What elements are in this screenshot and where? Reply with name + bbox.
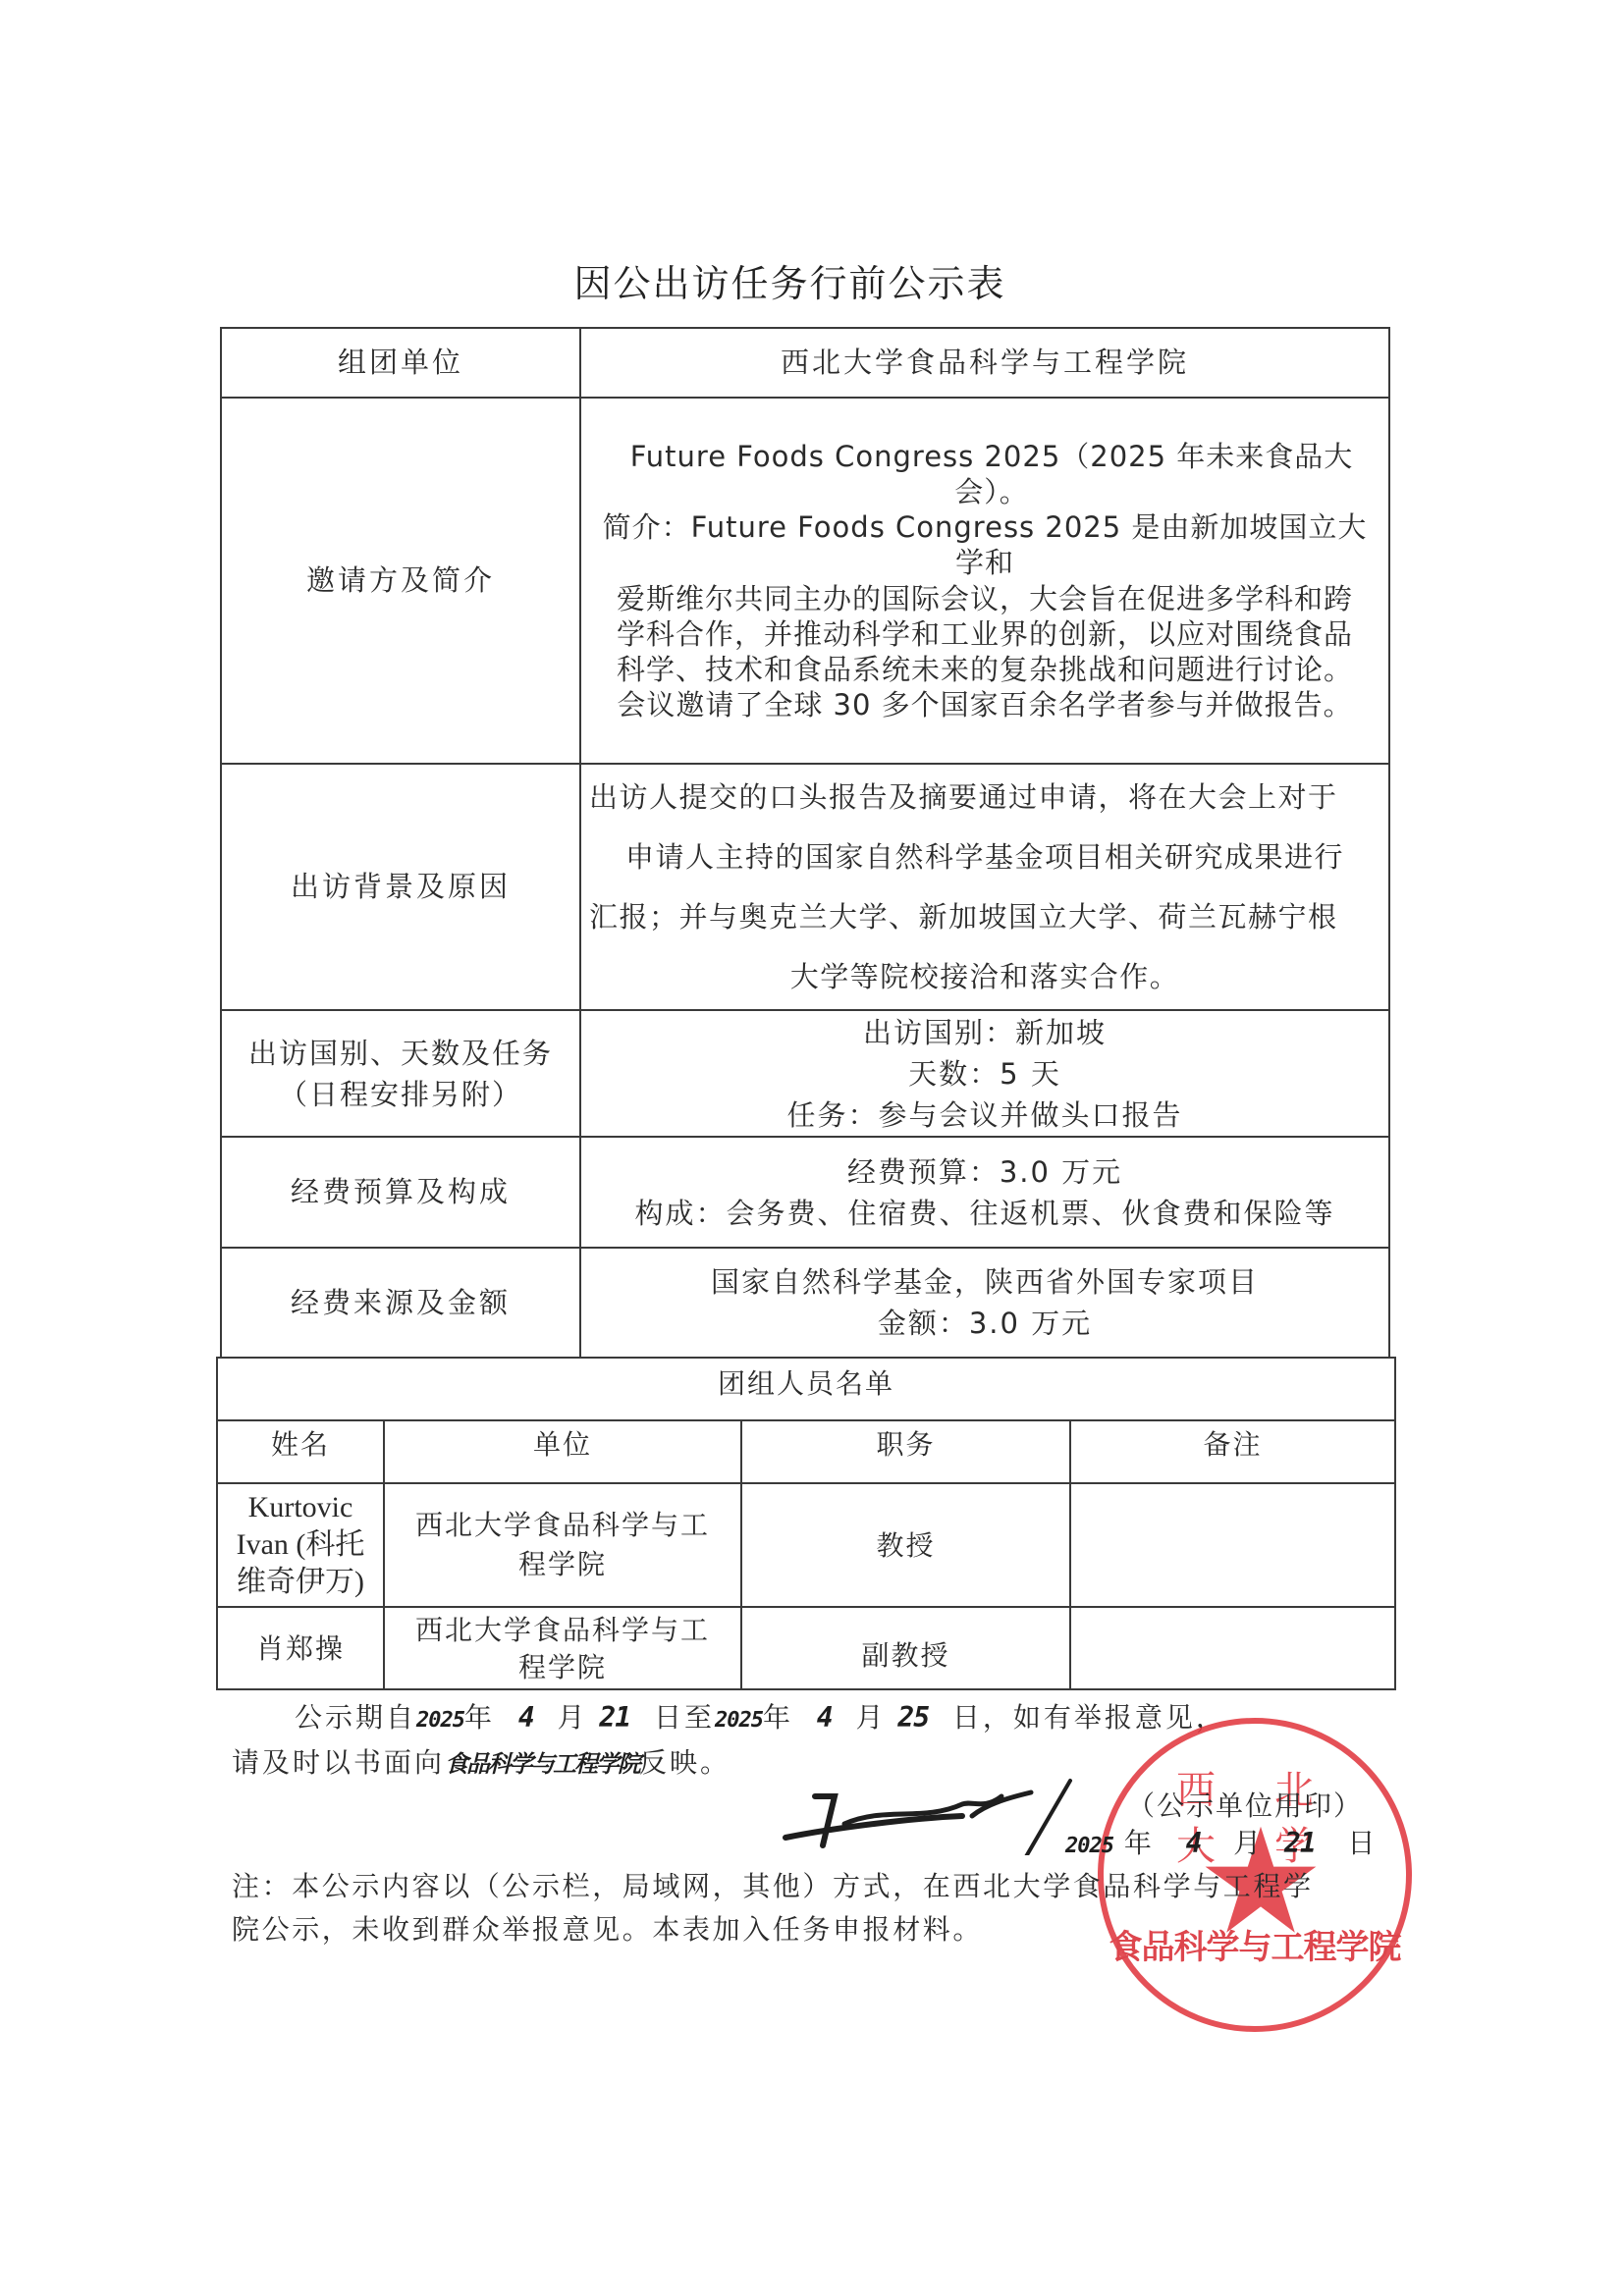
destination-country: 出访国别：新加坡 [589,1012,1380,1053]
column-header-remark: 备注 [1070,1420,1395,1483]
table-row-destination: 出访国别、天数及任务 （日程安排另附） 出访国别：新加坡 天数：5 天 任务：参… [221,1010,1389,1137]
member-name: 肖郑操 [217,1607,384,1689]
handwritten-end-year: 2025 [715,1708,763,1733]
table-row: Kurtovic Ivan (科托 维奇伊万) 西北大学食品科学与工 程学院 教… [217,1483,1395,1607]
roster-section-title: 团组人员名单 [217,1358,1395,1420]
table-row-budget: 经费预算及构成 经费预算：3.0 万元 构成：会务费、住宿费、往返机票、伙食费和… [221,1137,1389,1248]
table-row-background: 出访背景及原因 出访人提交的口头报告及摘要通过申请，将在大会上对于 申请人主持的… [221,764,1389,1010]
destination-days: 天数：5 天 [589,1053,1380,1095]
label-organizing-unit: 组团单位 [221,328,580,398]
inviter-line: 科学、技术和食品系统未来的复杂挑战和问题进行讨论。 [589,652,1380,687]
member-position: 副教授 [741,1607,1070,1689]
handwritten-start-year: 2025 [416,1708,464,1733]
member-remark [1070,1483,1395,1607]
inviter-line: 爱斯维尔共同主办的国际会议，大会旨在促进多学科和跨 [589,581,1380,616]
member-name: Kurtovic Ivan (科托 维奇伊万) [217,1483,384,1607]
value-destination: 出访国别：新加坡 天数：5 天 任务：参与会议并做头口报告 [580,1010,1389,1137]
background-line: 申请人主持的国家自然科学基金项目相关研究成果进行 [589,828,1380,887]
note-line: 院公示，未收到群众举报意见。本表加入任务申报材料。 [232,1908,983,1948]
handwritten-start-month: 4 [518,1701,534,1734]
handwritten-sign-month: 4 [1186,1827,1202,1859]
member-position: 教授 [741,1483,1070,1607]
note-line: 注：本公示内容以（公示栏，局域网，其他）方式，在西北大学食品科学与工程学 [232,1865,1314,1904]
info-table: 组团单位 西北大学食品科学与工程学院 邀请方及简介 Future Foods C… [220,327,1390,1359]
label-inviter: 邀请方及简介 [221,398,580,764]
value-background: 出访人提交的口头报告及摘要通过申请，将在大会上对于 申请人主持的国家自然科学基金… [580,764,1389,1010]
inviter-line: 会议邀请了全球 30 多个国家百余名学者参与并做报告。 [589,687,1380,722]
funding-source: 国家自然科学基金，陕西省外国专家项目 [589,1261,1380,1303]
roster-header-row: 姓名 单位 职务 备注 [217,1420,1395,1483]
value-budget: 经费预算：3.0 万元 构成：会务费、住宿费、往返机票、伙食费和保险等 [580,1137,1389,1248]
background-line: 大学等院校接洽和落实合作。 [589,947,1380,1007]
label-destination: 出访国别、天数及任务 （日程安排另附） [221,1010,580,1137]
handwritten-end-day: 25 [897,1701,929,1734]
destination-task: 任务：参与会议并做头口报告 [589,1095,1380,1136]
column-header-name: 姓名 [217,1420,384,1483]
handwritten-sign-day: 21 [1284,1827,1316,1859]
handwritten-report-unit: 食品科学与工程学院 [445,1750,639,1778]
inviter-line: 简介：Future Foods Congress 2025 是由新加坡国立大学和 [589,509,1380,581]
label-background: 出访背景及原因 [221,764,580,1010]
background-line: 出访人提交的口头报告及摘要通过申请，将在大会上对于 [589,768,1380,828]
handwritten-start-day: 21 [599,1701,630,1734]
roster-table: 团组人员名单 姓名 单位 职务 备注 Kurtovic Ivan (科托 维奇伊… [216,1357,1396,1690]
value-funding: 国家自然科学基金，陕西省外国专家项目 金额：3.0 万元 [580,1248,1389,1358]
table-row-organizing-unit: 组团单位 西北大学食品科学与工程学院 [221,328,1389,398]
background-line: 汇报；并与奥克兰大学、新加坡国立大学、荷兰瓦赫宁根 [589,887,1380,947]
report-line: 请及时以书面向食品科学与工程学院反映。 [232,1741,730,1781]
member-unit: 西北大学食品科学与工 程学院 [384,1483,741,1607]
column-header-unit: 单位 [384,1420,741,1483]
funding-amount: 金额：3.0 万元 [589,1303,1380,1344]
signature-icon [776,1777,1080,1855]
publicity-period-line: 公示期自2025年 4 月 21 日至2025年 4 月 25 日，如有举报意见… [295,1696,1226,1735]
budget-amount: 经费预算：3.0 万元 [589,1151,1380,1193]
column-header-position: 职务 [741,1420,1070,1483]
seal-note: （公示单位用印） [1127,1785,1363,1824]
budget-composition: 构成：会务费、住宿费、往返机票、伙食费和保险等 [589,1193,1380,1234]
inviter-line: 学科合作，并推动科学和工业界的创新，以应对围绕食品 [589,616,1380,652]
label-funding: 经费来源及金额 [221,1248,580,1358]
value-inviter: Future Foods Congress 2025（2025 年未来食品大会）… [580,398,1389,764]
handwritten-sign-year: 2025 [1065,1834,1113,1858]
member-unit: 西北大学食品科学与工 程学院 [384,1607,741,1689]
handwritten-end-month: 4 [817,1701,833,1734]
table-row: 肖郑操 西北大学食品科学与工 程学院 副教授 [217,1607,1395,1689]
label-budget: 经费预算及构成 [221,1137,580,1248]
table-row-inviter: 邀请方及简介 Future Foods Congress 2025（2025 年… [221,398,1389,764]
table-row-funding: 经费来源及金额 国家自然科学基金，陕西省外国专家项目 金额：3.0 万元 [221,1248,1389,1358]
document-title: 因公出访任务行前公示表 [0,253,1601,307]
roster-title-row: 团组人员名单 [217,1358,1395,1420]
seal-bottom-text: 食品科学与工程学院 [1104,1920,1406,1968]
member-remark [1070,1607,1395,1689]
value-organizing-unit: 西北大学食品科学与工程学院 [580,328,1389,398]
sign-date-line: 2025 年 4 月 21 日 [1065,1822,1377,1861]
inviter-line: Future Foods Congress 2025（2025 年未来食品大会）… [589,439,1380,510]
